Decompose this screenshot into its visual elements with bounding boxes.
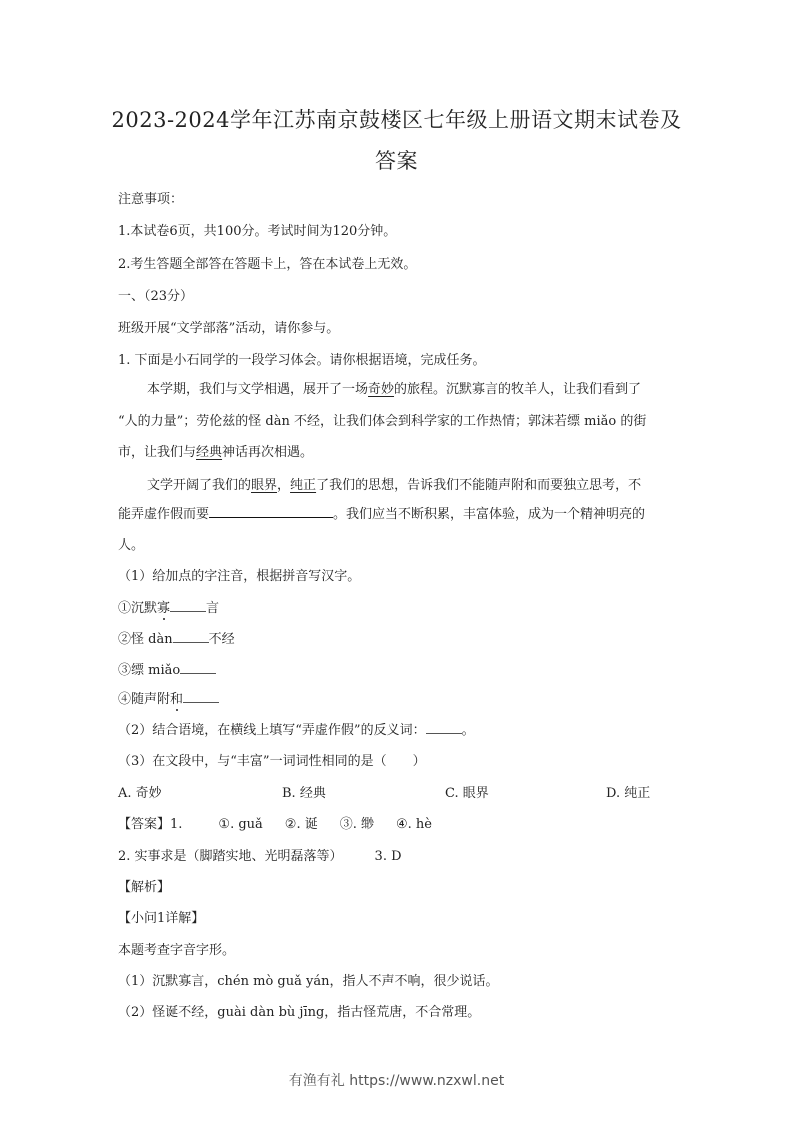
text: 能弄虚作假而要 — [118, 507, 209, 522]
dotted-character: 寡 — [157, 601, 170, 616]
sub-question-1-item-4: ④随声附和 — [118, 688, 219, 707]
answer-q3: 3. D — [375, 849, 402, 864]
answer-q1-number: 1. — [170, 817, 182, 832]
section-heading: 一、（23分） — [118, 285, 193, 304]
underlined-word: 奇妙 — [368, 382, 394, 397]
answer-item: ②. 诞 — [285, 817, 318, 832]
answer-item: ④. hè — [396, 817, 432, 832]
fill-in-blank[interactable] — [180, 661, 216, 674]
text: ④随声附 — [118, 692, 170, 707]
analysis-intro: 本题考查字音字形。 — [118, 939, 235, 958]
passage-paragraph-1-line-3: 市，让我们与经典神话再次相遇。 — [118, 441, 313, 460]
passage-paragraph-2-line-3: 人。 — [118, 534, 144, 553]
sub-question-3-prompt: （3）在文段中，与“丰富”一词词性相同的是（ ） — [118, 750, 426, 769]
text: 。 — [462, 723, 475, 738]
text: 不经 — [209, 632, 235, 647]
passage-paragraph-2-line-2: 能弄虚作假而要。我们应当不断积累，丰富体验，成为一个精神明亮的 — [118, 503, 645, 522]
footer-watermark: 有渔有礼 https://www.nzxwl.net — [0, 1070, 793, 1090]
passage-paragraph-1-line-2: “人的力量”；劳伦兹的怪 dàn 不经，让我们体会到科学家的工作热情；郭沫若缥 … — [118, 410, 646, 429]
fill-in-blank[interactable] — [170, 599, 206, 612]
text: ②怪 dàn — [118, 632, 173, 647]
document-title-continued: 答案 — [0, 145, 793, 175]
dotted-character: 和 — [170, 692, 183, 707]
sub-question-1-item-1: ①沉默寡言 — [118, 597, 219, 616]
answer-item: ③. 缈 — [340, 817, 374, 832]
sub-question-1-item-3: ③缥 miǎo — [118, 659, 216, 678]
underlined-word: 眼界 — [251, 478, 277, 493]
option-a[interactable]: A. 奇妙 — [118, 782, 162, 801]
text: 了我们的思想，告诉我们不能随声附和而要独立思考，不 — [316, 478, 641, 493]
text: ①沉默 — [118, 601, 157, 616]
text: 的旅程。沉默寡言的牧羊人，让我们看到了 — [394, 382, 641, 397]
analysis-label: 【解析】 — [118, 876, 170, 895]
fill-in-blank[interactable] — [173, 630, 209, 643]
answer-label: 【答案】 — [118, 817, 170, 832]
text: （2）结合语境，在横线上填写“弄虚作假”的反义词： — [118, 723, 426, 738]
fill-in-blank[interactable] — [183, 690, 219, 703]
section-intro: 班级开展“文学部落”活动，请你参与。 — [118, 317, 339, 336]
analysis-item-2: （2）怪诞不经，guài dàn bù jīng，指古怪荒唐，不合常理。 — [118, 1001, 480, 1020]
answer-item: ①. guǎ — [218, 817, 262, 832]
passage-paragraph-1-line-1: 本学期，我们与文学相遇，展开了一场奇妙的旅程。沉默寡言的牧羊人，让我们看到了 — [147, 378, 641, 397]
text: 。我们应当不断积累，丰富体验，成为一个精神明亮的 — [333, 507, 645, 522]
text: 市，让我们与 — [118, 445, 196, 460]
option-c[interactable]: C. 眼界 — [445, 782, 489, 801]
notice-item-2: 2.考生答题全部答在答题卡上，答在本试卷上无效。 — [118, 253, 416, 272]
fill-in-blank[interactable] — [209, 505, 333, 518]
text: 文学开阔了我们的 — [147, 478, 251, 493]
text: ③缥 miǎo — [118, 663, 180, 678]
question-1-prompt: 1. 下面是小石同学的一段学习体会。请你根据语境，完成任务。 — [118, 349, 486, 368]
analysis-sub-label: 【小问1详解】 — [118, 907, 204, 926]
option-b[interactable]: B. 经典 — [282, 782, 326, 801]
text: 神话再次相遇。 — [222, 445, 313, 460]
option-d[interactable]: D. 纯正 — [606, 782, 650, 801]
underlined-word: 纯正 — [290, 478, 316, 493]
passage-paragraph-2-line-1: 文学开阔了我们的眼界，纯正了我们的思想，告诉我们不能随声附和而要独立思考，不 — [147, 474, 641, 493]
text: ， — [277, 478, 290, 493]
document-page: 2023-2024学年江苏南京鼓楼区七年级上册语文期末试卷及 答案 注意事项： … — [0, 0, 793, 1122]
sub-question-1-prompt: （1）给加点的字注音，根据拼音写汉字。 — [118, 565, 360, 584]
notice-heading: 注意事项： — [118, 188, 183, 207]
underlined-word: 经典 — [196, 445, 222, 460]
notice-item-1: 1.本试卷6页，共100分。考试时间为120分钟。 — [118, 220, 396, 239]
analysis-item-1: （1）沉默寡言，chén mò guǎ yán，指人不声不响，很少说话。 — [118, 970, 498, 989]
sub-question-1-item-2: ②怪 dàn不经 — [118, 628, 235, 647]
sub-question-2: （2）结合语境，在横线上填写“弄虚作假”的反义词：。 — [118, 719, 475, 738]
fill-in-blank[interactable] — [426, 721, 462, 734]
text: 言 — [206, 601, 219, 616]
answer-line-1: 【答案】1.①. guǎ②. 诞③. 缈④. hè — [118, 813, 432, 832]
text: 本学期，我们与文学相遇，展开了一场 — [147, 382, 368, 397]
answer-line-2: 2. 实事求是（脚踏实地、光明磊落等）3. D — [118, 845, 402, 864]
document-title: 2023-2024学年江苏南京鼓楼区七年级上册语文期末试卷及 — [0, 104, 793, 134]
answer-q2: 2. 实事求是（脚踏实地、光明磊落等） — [118, 849, 343, 864]
